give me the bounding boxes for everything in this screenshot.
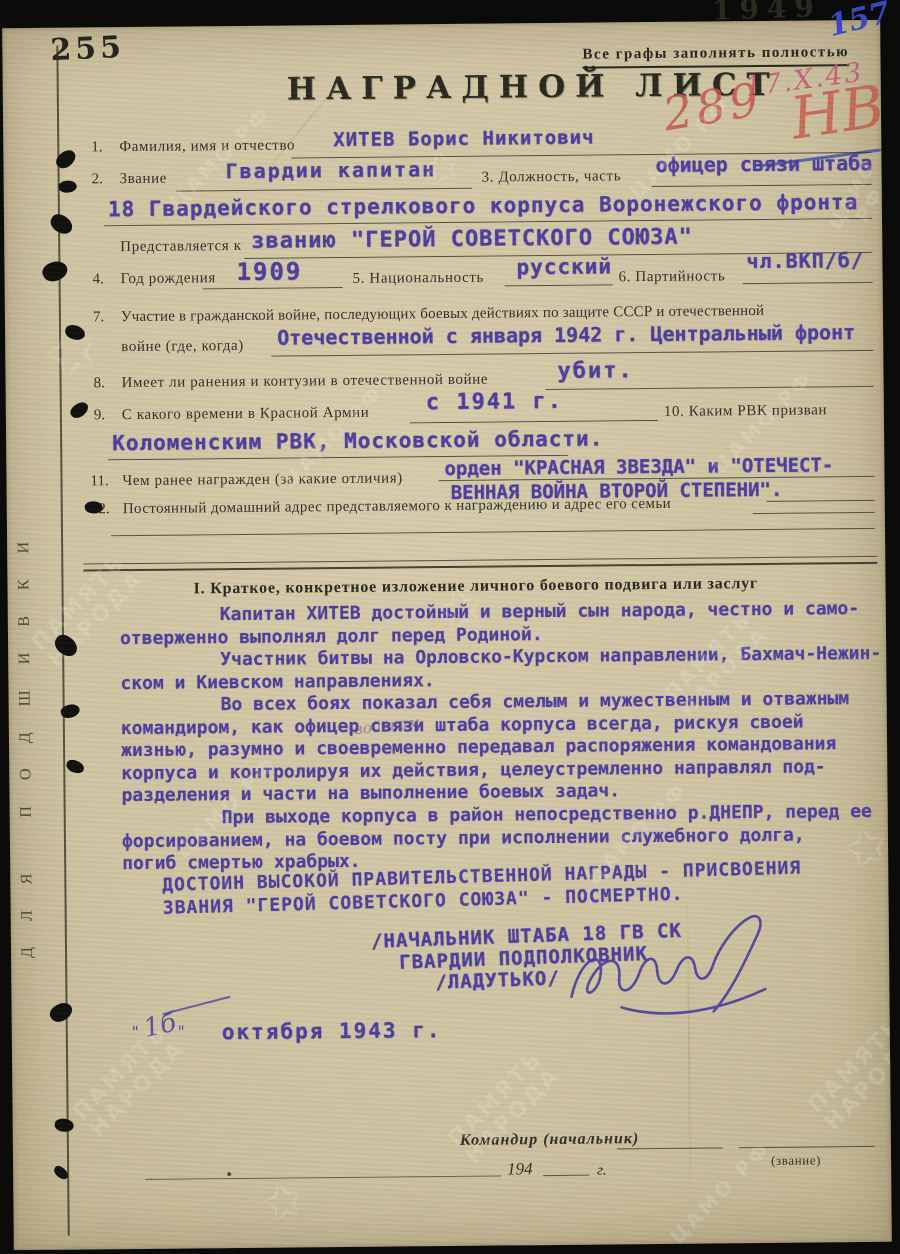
field-7-value: Отечественной с января 1942 г. Центральн… bbox=[277, 320, 855, 350]
watermark-text: ЦАМО РФ bbox=[666, 1137, 775, 1248]
punch-hole bbox=[40, 257, 71, 285]
form-line bbox=[203, 287, 343, 289]
punch-hole bbox=[47, 211, 75, 237]
section-1-heading: I. Краткое, конкретное изложение личного… bbox=[193, 575, 758, 598]
field-1-number: 1. bbox=[91, 139, 102, 156]
field-9-number: 9. bbox=[94, 407, 105, 424]
field-6-label: 6. Партийность bbox=[618, 268, 725, 286]
field-9-value: с 1941 г. bbox=[426, 389, 563, 415]
partial-year-stamp: 1949 bbox=[711, 0, 822, 27]
rank-caption: (звание) bbox=[771, 1152, 821, 1168]
scanned-award-sheet: { "document": { "archive_page_number": "… bbox=[0, 0, 900, 1254]
punch-hole bbox=[55, 1118, 74, 1131]
pen-flourish bbox=[162, 996, 230, 1016]
form-line bbox=[271, 350, 873, 357]
form-line bbox=[176, 188, 472, 192]
field-5-value: русский bbox=[516, 254, 612, 279]
field-9-label: С какого времени в Красной Армии bbox=[122, 405, 370, 424]
signer-name-line: /ЛАДУТЬКО/ bbox=[435, 967, 560, 993]
field-10-label: 10. Каким РВК призван bbox=[664, 402, 827, 421]
line-dot bbox=[227, 1172, 231, 1176]
field-3-value-continued: 18 Гвардейского стрелкового корпуса Воро… bbox=[108, 190, 859, 221]
field-10-value: Коломенским РВК, Московской области. bbox=[112, 426, 603, 455]
form-line bbox=[410, 420, 658, 423]
field-4-value: 1909 bbox=[236, 257, 302, 286]
form-line bbox=[753, 512, 875, 514]
punch-hole bbox=[64, 324, 87, 342]
field-8-number: 8. bbox=[93, 375, 104, 392]
form-line bbox=[145, 1176, 501, 1180]
form-line bbox=[739, 1146, 875, 1148]
citation-paragraph-2: Участник битвы на Орловско-Курском напра… bbox=[120, 643, 882, 695]
form-line bbox=[743, 282, 873, 284]
submitted-for-value: званию "ГЕРОЙ СОВЕТСКОГО СОЮЗА" bbox=[251, 225, 693, 254]
watermark-star-icon: ✩ bbox=[257, 1171, 313, 1233]
citation-paragraph-3: Во всех боях показал себя смелым и мужес… bbox=[121, 688, 884, 808]
punch-hole bbox=[68, 399, 91, 421]
typed-month-year: октября 1943 г. bbox=[222, 1018, 442, 1044]
red-monogram: НВ bbox=[786, 72, 888, 153]
citation-paragraph-1: Капитан ХИТЕВ достойный и верный сын нар… bbox=[120, 598, 882, 650]
archive-page-number-stamp: 255 bbox=[50, 30, 126, 68]
field-7-number: 7. bbox=[93, 309, 104, 326]
field-5-label: 5. Национальность bbox=[353, 270, 485, 288]
quote-close: " bbox=[178, 1023, 185, 1041]
field-6-value: чл.ВКП/б/ bbox=[746, 248, 864, 273]
field-8-value: убит. bbox=[557, 358, 633, 384]
handwritten-day: 1б bbox=[141, 1008, 179, 1044]
submitted-for-label: Представляется к bbox=[120, 238, 242, 256]
form-line bbox=[546, 386, 874, 390]
form-line bbox=[767, 500, 875, 502]
field-2-number: 2. bbox=[92, 171, 103, 188]
field-12-label: Постоянный домашний адрес представляемог… bbox=[123, 496, 671, 518]
form-line bbox=[505, 284, 613, 286]
blue-corner-number: 157 bbox=[825, 0, 894, 44]
commander-label: Командир (начальник) bbox=[460, 1130, 640, 1150]
field-2-label: Звание bbox=[120, 171, 168, 188]
form-line bbox=[617, 1147, 723, 1149]
punch-hole bbox=[47, 999, 76, 1026]
watermark-text: ПАМЯТЬ НАРОДА bbox=[804, 1013, 892, 1136]
punch-hole bbox=[58, 179, 78, 194]
field-1-value: ХИТЕВ Борис Никитович bbox=[333, 127, 594, 152]
form-line bbox=[652, 184, 872, 187]
handwritten-signature bbox=[559, 909, 800, 1031]
form-line bbox=[111, 528, 875, 536]
year-suffix: г. bbox=[597, 1162, 607, 1179]
punch-hole bbox=[51, 632, 81, 660]
field-11-number: 11. bbox=[90, 473, 108, 490]
field-8-label: Имеет ли ранения и контузии в отечествен… bbox=[121, 372, 488, 393]
watermark-text: ПАМЯТЬ НАРОДА bbox=[444, 1046, 566, 1169]
margin-vertical-note: ДЛЯ ПОДШИВКИ bbox=[13, 358, 37, 958]
year-prefix: 194 bbox=[507, 1159, 533, 1179]
quote-open: " bbox=[132, 1023, 139, 1041]
field-11-label: Чем ранее награжден (за какие отличия) bbox=[122, 470, 403, 490]
punch-hole bbox=[65, 758, 86, 775]
field-1-label: Фамилия, имя и отчество bbox=[119, 137, 295, 156]
field-3-label: 3. Должность, часть bbox=[482, 168, 622, 186]
document-page: 255 ДЛЯ ПОДШИВКИ Все графы заполнять пол… bbox=[2, 20, 892, 1250]
field-4-number: 4. bbox=[92, 271, 103, 288]
field-3-value: офицер связи штаба bbox=[655, 151, 872, 177]
field-4-label: Год рождения bbox=[120, 270, 215, 288]
field-7-label-continued: войне (где, когда) bbox=[121, 338, 244, 356]
form-line bbox=[543, 1175, 589, 1176]
